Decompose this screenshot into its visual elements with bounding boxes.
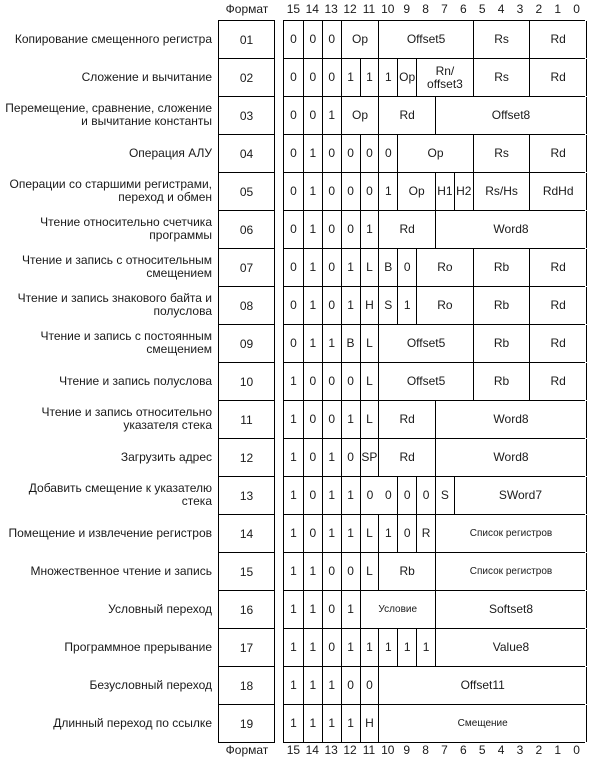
bit-number-label: 7 [435,743,454,757]
bit-field: Value8 [436,629,587,666]
bit-field: 1 [342,705,361,742]
bit-field: 1 [398,287,417,324]
bit-field: 0 [304,515,323,552]
format-number: 14 [218,514,275,553]
format-number: 17 [218,628,275,667]
bit-field: S [379,287,398,324]
bit-field: 0 [342,667,361,704]
bit-field: 0 [304,97,323,134]
bit-field: Rs/Hs [474,173,531,210]
bit-field: Ro [417,249,474,286]
format-description-text: Условный переход [108,603,212,616]
bit-field: 1 [304,211,323,248]
format-description-text: Чтение и запись знакового байта и полусл… [0,292,212,318]
bit-number-label: 8 [416,2,435,16]
bit-field: 1 [284,515,304,552]
bit-field-row: 011BLOffset5RbRd [283,324,585,363]
format-description: Добавить смещение к указателю стека [0,476,212,514]
bit-field: 1 [342,59,361,96]
format-number: 01 [218,20,275,59]
bit-field: 1 [342,515,361,552]
bit-field: 0 [398,249,417,286]
format-number: 18 [218,666,275,705]
bit-field-row: 1111HСмещение [283,704,585,743]
format-number: 16 [218,590,275,629]
bit-field: 0 [361,477,380,514]
bit-field: 1 [342,249,361,286]
bit-field: L [361,515,380,552]
format-column-header-top: Формат [218,2,276,16]
bit-field: Rb [474,287,531,324]
bit-field: 0 [304,439,323,476]
bit-field: Rd [379,97,436,134]
bit-field: 0 [323,21,342,58]
bit-field: 1 [284,401,304,438]
bit-field: L [361,553,380,590]
bit-field: 1 [284,553,304,590]
bit-field: 0 [342,439,361,476]
bit-field-row: 1000LOffset5RbRd [283,362,585,401]
bit-number-label: 4 [492,743,511,757]
bit-field: SP [361,439,380,476]
bit-field: 0 [304,59,323,96]
format-number: 05 [218,172,275,211]
bit-field: 1 [379,629,398,666]
bit-field: 0 [284,97,304,134]
bit-field: L [361,363,380,400]
bit-field: Rd [530,21,587,58]
format-description-text: Копирование смещенного регистра [15,33,212,46]
bit-field-row: 1010SPRdWord8 [283,438,585,477]
bit-field: 1 [304,287,323,324]
bit-field: Offset5 [379,363,473,400]
bit-field: Word8 [436,401,587,438]
format-number: 06 [218,210,275,249]
bit-field: Rb [379,553,436,590]
format-description-text: Чтение и запись с постоянным смещением [0,330,212,356]
format-number: 12 [218,438,275,477]
bit-field: 0 [361,667,380,704]
bit-number-label: 12 [341,2,360,16]
bit-field-row: 001OpRdOffset8 [283,96,585,135]
bit-field-row: 0101LB0RoRbRd [283,248,585,287]
bit-field: Rd [379,439,436,476]
bit-number-label: 1 [548,743,567,757]
bit-field: 1 [304,553,323,590]
bit-field: 0 [323,591,342,628]
bit-field: 0 [323,135,342,172]
bit-field: Rb [474,249,531,286]
format-number: 15 [218,552,275,591]
bit-number-label: 7 [435,2,454,16]
format-number: 09 [218,324,275,363]
bit-field: Op [342,21,380,58]
bit-field-row: 0101HS1RoRbRd [283,286,585,325]
format-description: Чтение и запись знакового байта и полусл… [0,286,212,324]
bit-field: 1 [379,59,398,96]
bit-field: 1 [323,667,342,704]
bit-field: H1 [436,173,455,210]
bit-field: Rs [474,59,531,96]
bit-field: Rd [379,401,436,438]
format-description: Чтение и запись полуслова [0,362,212,400]
bit-field-row: 000111OpRn/ offset3RsRd [283,58,585,97]
bit-field: Rd [530,59,587,96]
bit-field: 0 [398,477,417,514]
bit-field: 1 [417,629,436,666]
format-description: Операция АЛУ [0,134,212,172]
bit-field: 0 [323,629,342,666]
bit-field: 1 [342,629,361,666]
bit-field: 1 [304,705,323,742]
bit-field: Rs [474,21,531,58]
bit-number-label: 10 [378,2,397,16]
bit-field: 0 [323,363,342,400]
bit-field: 1 [284,477,304,514]
bit-field: 1 [342,401,361,438]
format-description-text: Множественное чтение и запись [31,565,213,578]
bit-field: 1 [361,629,380,666]
bit-field: 0 [342,553,361,590]
bit-field: 1 [323,477,342,514]
bit-number-label: 12 [341,743,360,757]
bit-field: 1 [304,591,323,628]
bit-field: 0 [361,173,380,210]
bit-number-label: 13 [322,743,341,757]
format-number: 07 [218,248,275,287]
bit-field: 0 [323,173,342,210]
bit-field: 1 [342,477,361,514]
bit-field: 1 [323,705,342,742]
bit-field: Rd [379,211,436,248]
bit-number-label: 6 [454,2,473,16]
bit-field: 0 [323,287,342,324]
bit-field: Условие [361,591,437,628]
bit-field: H2 [455,173,474,210]
bit-field-row: 1101УсловиеSoftset8 [283,590,585,629]
bit-field: Rs [474,135,531,172]
bit-field: 0 [284,21,304,58]
format-description: Чтение и запись относительно указателя с… [0,400,212,438]
format-description: Сложение и вычитание [0,58,212,96]
format-description-text: Операции со старшими регистрами, переход… [0,178,212,204]
bit-field: 1 [284,667,304,704]
bit-field: Op [398,59,417,96]
format-description-text: Чтение и запись с относительным смещение… [0,254,212,280]
bit-field: Смещение [379,705,587,742]
format-number: 03 [218,96,275,135]
bit-field-row: 11011111Value8 [283,628,585,667]
bit-field: 0 [284,135,304,172]
bit-field: 0 [342,135,361,172]
bit-field: Offset5 [379,325,473,362]
bit-field: H [361,287,380,324]
bit-number-label: 0 [567,743,586,757]
bit-number-label: 9 [397,743,416,757]
bit-field: 1 [284,439,304,476]
bit-field: Op [398,173,436,210]
bit-field: Rb [474,325,531,362]
bit-number-label: 2 [529,743,548,757]
bit-number-label: 10 [378,743,397,757]
format-description-text: Чтение и запись относительно указателя с… [0,406,212,432]
bit-field: 0 [342,211,361,248]
format-number: 13 [218,476,275,515]
bit-field: 0 [323,249,342,286]
bit-field: Ro [417,287,474,324]
bit-field: Список регистров [436,553,587,590]
bit-field: Op [342,97,380,134]
bit-field: 1 [323,325,342,362]
format-description: Длинный переход по ссылке [0,704,212,742]
bit-field: 1 [304,667,323,704]
bit-number-label: 3 [511,743,530,757]
format-description: Условный переход [0,590,212,628]
format-description-text: Перемещение, сравнение, сложение и вычит… [0,102,212,128]
bit-field: 1 [284,363,304,400]
bit-field: B [342,325,361,362]
bit-field: 1 [304,629,323,666]
bit-field-row: 1011L10RСписок регистров [283,514,585,553]
bit-field-row: 1100LRbСписок регистров [283,552,585,591]
bit-field: S [436,477,455,514]
format-number: 19 [218,704,275,743]
bit-number-label: 5 [473,743,492,757]
format-number: 02 [218,58,275,97]
bit-field-row: 1001LRdWord8 [283,400,585,439]
bit-field: 1 [398,629,417,666]
bit-field: 0 [342,173,361,210]
format-description-text: Помещение и извлечение регистров [8,527,212,540]
bit-field: RdHd [530,173,587,210]
bit-field: 1 [304,135,323,172]
bit-field: Softset8 [436,591,587,628]
bit-number-label: 4 [492,2,511,16]
format-description: Операции со старшими регистрами, переход… [0,172,212,210]
format-column-header-bottom: Формат [218,743,276,757]
bit-field-row: 010000OpRsRd [283,134,585,173]
bit-field: 0 [304,363,323,400]
format-description: Перемещение, сравнение, сложение и вычит… [0,96,212,134]
bit-field: Список регистров [436,515,587,552]
bit-number-label: 6 [454,743,473,757]
format-description-text: Безусловный переход [89,679,212,692]
format-description-text: Программное прерывание [64,641,212,654]
bit-field: Rd [530,363,587,400]
bit-field: Rd [530,287,587,324]
bit-field: 1 [323,439,342,476]
format-description: Помещение и извлечение регистров [0,514,212,552]
format-description-text: Добавить смещение к указателю стека [0,482,212,508]
bit-number-label: 13 [322,2,341,16]
format-description: Загрузить адрес [0,438,212,476]
bit-field: 0 [284,211,304,248]
bit-number-label: 14 [303,743,322,757]
bit-field: 0 [323,59,342,96]
bit-field: H [361,705,380,742]
bit-field: 1 [379,515,398,552]
format-description: Безусловный переход [0,666,212,704]
bit-field: L [361,249,380,286]
bit-field: 0 [323,553,342,590]
bit-field: 0 [379,135,398,172]
bit-field: Offset8 [436,97,587,134]
bit-number-label: 0 [567,2,586,16]
format-number: 04 [218,134,275,173]
bit-number-label: 11 [360,2,379,16]
bit-field: Offset5 [379,21,473,58]
bit-field: 1 [284,629,304,666]
bit-field: 0 [304,401,323,438]
bit-field: Rn/ offset3 [417,59,474,96]
bit-field-row: 10110000SSWord7 [283,476,585,515]
format-description: Копирование смещенного регистра [0,20,212,58]
bit-field: 1 [304,249,323,286]
bit-field: 0 [379,477,398,514]
bit-field: 0 [284,287,304,324]
bit-field: Offset11 [379,667,587,704]
bit-field: 0 [417,477,436,514]
bit-field: 0 [304,21,323,58]
bit-number-label: 15 [284,2,303,16]
bit-field: 0 [398,515,417,552]
format-number: 10 [218,362,275,401]
format-description-text: Чтение и запись полуслова [59,375,212,388]
bit-field: 0 [284,173,304,210]
bit-field: 1 [304,173,323,210]
format-description: Чтение относительно счетчика программы [0,210,212,248]
bit-number-label: 15 [284,743,303,757]
bit-field: 0 [304,477,323,514]
bit-field: Word8 [436,211,587,248]
format-number: 11 [218,400,275,439]
format-description-text: Операция АЛУ [129,147,212,160]
bit-field: 1 [304,325,323,362]
bit-field: B [379,249,398,286]
bit-field: 1 [361,59,380,96]
format-description-text: Чтение относительно счетчика программы [0,216,212,242]
bit-field: 1 [284,705,304,742]
bit-field: L [361,325,380,362]
bit-field: 1 [323,515,342,552]
bit-number-label: 3 [511,2,530,16]
bit-field: 1 [361,211,380,248]
bit-number-label: 11 [360,743,379,757]
bit-field: R [417,515,436,552]
format-description: Чтение и запись с постоянным смещением [0,324,212,362]
bit-field: Rd [530,325,587,362]
bit-field: Rd [530,249,587,286]
bit-field: 0 [284,325,304,362]
bit-field: 0 [323,401,342,438]
bit-field-row: 11100Offset11 [283,666,585,705]
format-description: Множественное чтение и запись [0,552,212,590]
bit-field: 0 [342,363,361,400]
bit-field: 0 [284,59,304,96]
bit-number-label: 8 [416,743,435,757]
bit-number-label: 14 [303,2,322,16]
format-description-text: Сложение и вычитание [82,71,212,84]
bit-number-label: 2 [529,2,548,16]
bit-field: L [361,401,380,438]
format-description-text: Загрузить адрес [121,451,212,464]
bit-field-row: 01001RdWord8 [283,210,585,249]
format-number: 08 [218,286,275,325]
bit-field-row: 010001OpH1H2Rs/HsRdHd [283,172,585,211]
bit-field: Word8 [436,439,587,476]
bit-field: 1 [342,287,361,324]
bit-field-row: 000OpOffset5RsRd [283,20,585,59]
bit-field: 1 [284,591,304,628]
format-description: Чтение и запись с относительным смещение… [0,248,212,286]
bit-field: 0 [284,249,304,286]
bit-field: 0 [323,211,342,248]
bit-field: Rd [530,135,587,172]
bit-field: Rb [474,363,531,400]
bit-number-label: 1 [548,2,567,16]
bit-field: 1 [342,591,361,628]
bit-field: SWord7 [455,477,587,514]
format-description-text: Длинный переход по ссылке [53,717,212,730]
bit-field: 0 [361,135,380,172]
bit-field: 1 [323,97,342,134]
format-description: Программное прерывание [0,628,212,666]
bit-field: 1 [379,173,398,210]
bit-number-label: 5 [473,2,492,16]
bit-number-label: 9 [397,2,416,16]
bit-field: Op [398,135,474,172]
